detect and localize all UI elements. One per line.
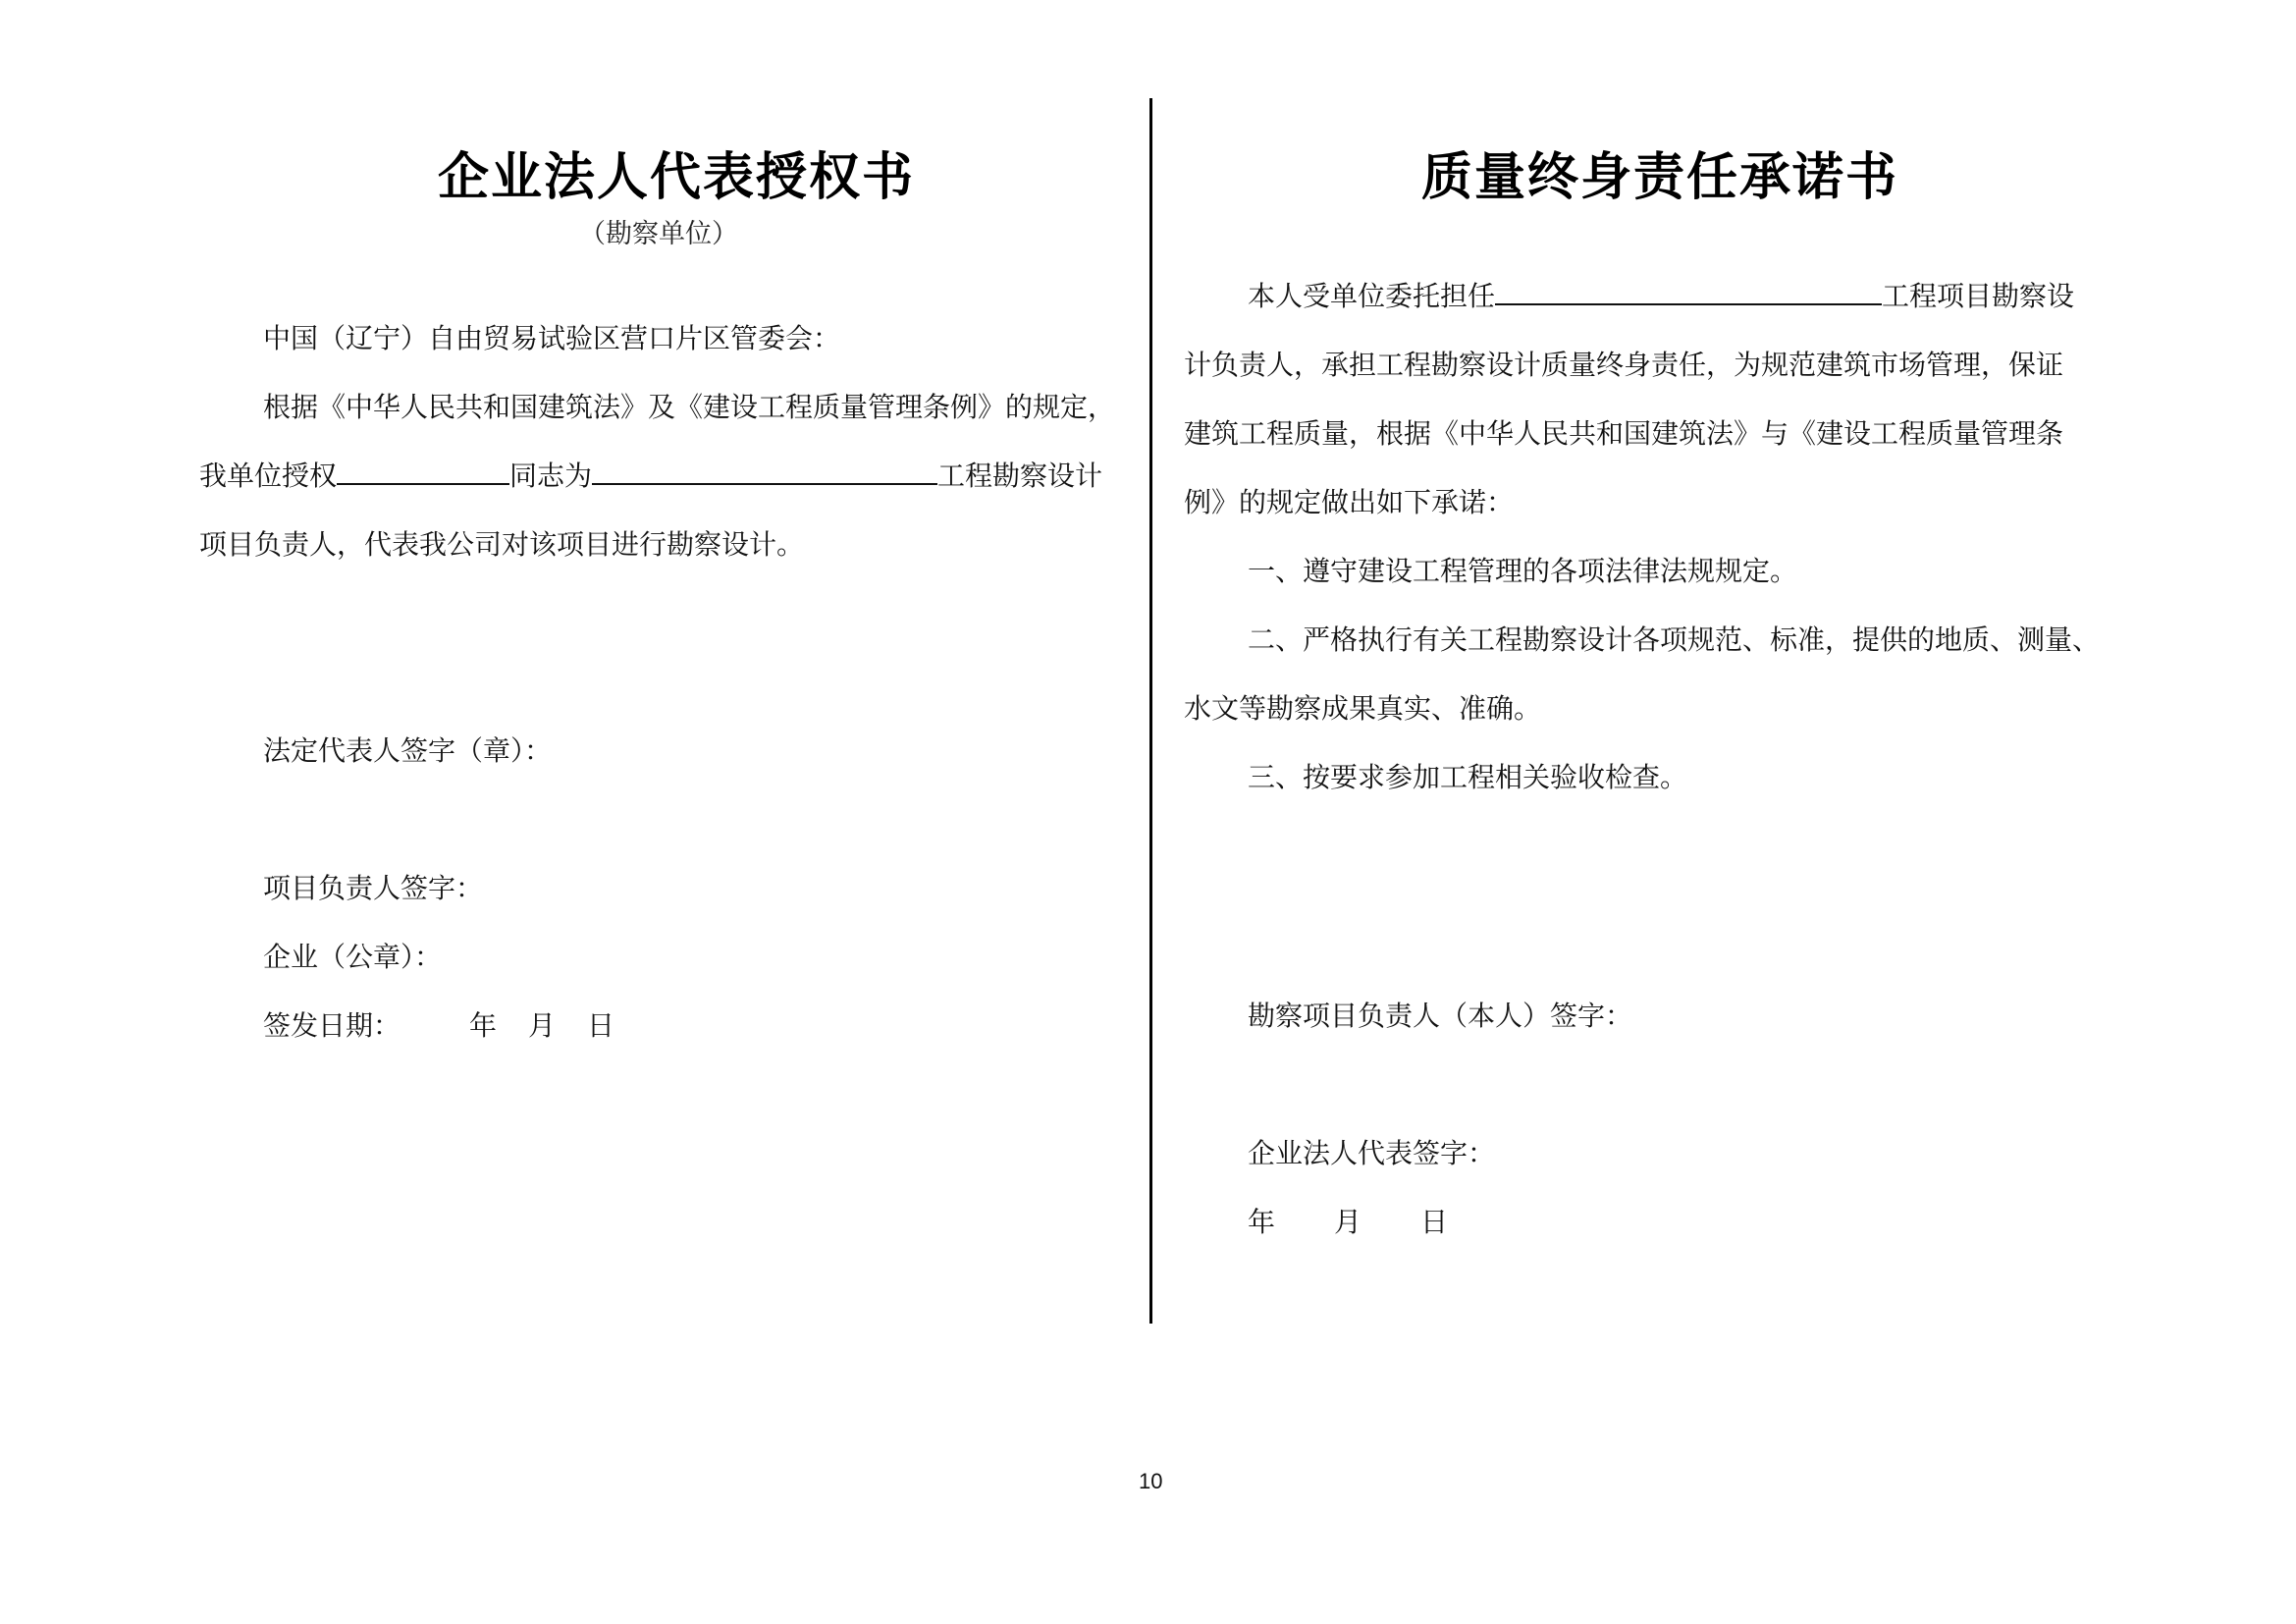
commitment-item-2-line-2: 水文等勘察成果真实、准确。 <box>1184 689 1541 729</box>
authorization-para-line-1: 根据《中华人民共和国建筑法》及《建设工程质量管理条例》的规定， <box>263 388 1115 427</box>
project-name-field[interactable] <box>592 458 937 485</box>
comrade-as-text: 同志为 <box>509 460 592 492</box>
commitment-title: 质量终身责任承诺书 <box>1421 135 1898 209</box>
date-month: 月 <box>1334 1206 1362 1238</box>
legal-rep-signature-label: 企业法人代表签字： <box>1248 1134 1495 1173</box>
authorization-subtitle: （勘察单位） <box>579 212 738 250</box>
survey-design-text: 工程勘察设计 <box>937 460 1102 492</box>
commitment-item-3: 三、按要求参加工程相关验收检查。 <box>1248 758 1687 797</box>
date-year: 年 <box>1248 1206 1275 1238</box>
legal-rep-signature-label: 法定代表人签字（章）： <box>263 731 552 771</box>
authorization-para-line-2: 我单位授权同志为工程勘察设计 <box>199 457 1102 496</box>
commitment-item-1: 一、遵守建设工程管理的各项法律法规规定。 <box>1248 552 1797 591</box>
commitment-para-line-3: 建筑工程质量，根据《中华人民共和国建筑法》与《建设工程质量管理条 <box>1184 414 2063 454</box>
issue-date-row: 签发日期：年月日 <box>263 1006 614 1046</box>
date-month: 月 <box>528 1009 556 1042</box>
date-day: 日 <box>1420 1206 1448 1238</box>
page-divider <box>1149 98 1152 1324</box>
authorization-grant-text: 我单位授权 <box>199 460 337 492</box>
issue-date-label: 签发日期： <box>263 1009 400 1042</box>
project-name-field[interactable] <box>1495 278 1882 305</box>
addressee: 中国（辽宁）自由贸易试验区营口片区管委会： <box>263 319 840 358</box>
entrusted-text: 本人受单位委托担任 <box>1248 280 1495 312</box>
authorization-title: 企业法人代表授权书 <box>438 135 915 209</box>
page-number: 10 <box>1139 1469 1162 1494</box>
project-survey-text: 工程项目勘察设 <box>1882 280 2074 312</box>
authorized-person-field[interactable] <box>337 458 509 485</box>
commitment-para-line-4: 例》的规定做出如下承诺： <box>1184 483 1514 522</box>
date-day: 日 <box>587 1009 614 1042</box>
commitment-item-2-line-1: 二、严格执行有关工程勘察设计各项规范、标准，提供的地质、测量、 <box>1248 621 2100 660</box>
commitment-para-line-1: 本人受单位委托担任工程项目勘察设 <box>1248 277 2074 316</box>
survey-lead-signature-label: 勘察项目负责人（本人）签字： <box>1248 997 1632 1036</box>
commitment-para-line-2: 计负责人，承担工程勘察设计质量终身责任，为规范建筑市场管理，保证 <box>1184 346 2063 385</box>
authorization-para-line-3: 项目负责人，代表我公司对该项目进行勘察设计。 <box>199 525 804 565</box>
commitment-date-row: 年月日 <box>1248 1203 1448 1242</box>
company-seal-label: 企业（公章）： <box>263 938 442 977</box>
date-year: 年 <box>469 1009 497 1042</box>
project-lead-signature-label: 项目负责人签字： <box>263 869 483 908</box>
